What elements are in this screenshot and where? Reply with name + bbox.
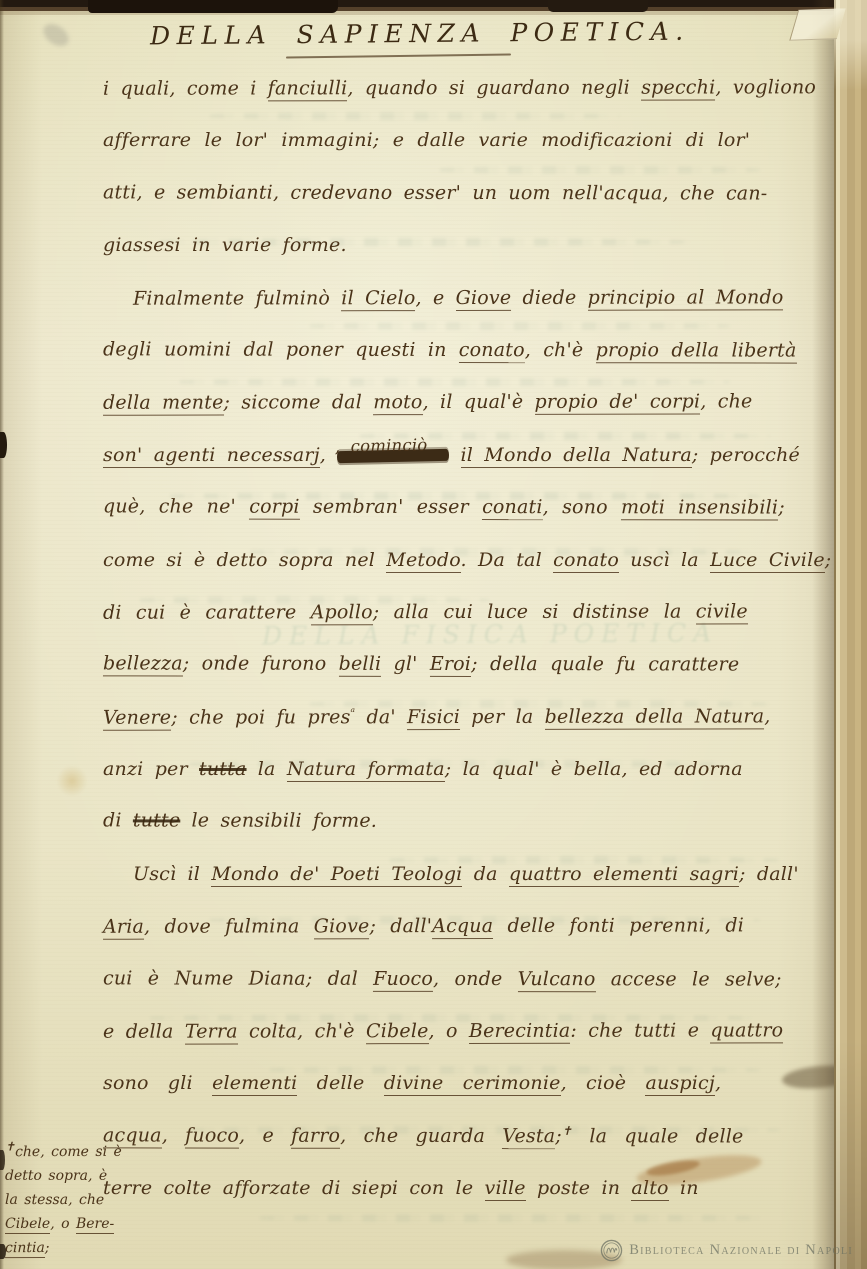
manuscript-line: detto sopra, è	[5, 1164, 105, 1188]
underlined-word: Metodo	[386, 549, 460, 573]
text-run: come si è detto sopra nel	[103, 549, 386, 571]
manuscript-line: ✝che, come si è	[5, 1140, 105, 1164]
underlined-word: quattro elementi sagri	[509, 863, 739, 887]
gutter-crease	[812, 0, 834, 1269]
text-run: i quali, come i	[103, 77, 268, 99]
edge-mark	[0, 432, 7, 458]
manuscript-line: bellezza; onde furono belli gl' Eroi; de…	[103, 638, 835, 692]
text-run: atti, e sembianti, credevano esser' un u…	[103, 181, 767, 204]
text-run: di cui è carattere	[103, 601, 311, 623]
underlined-word: Vulcano	[518, 968, 596, 992]
text-run: , il qual'è	[423, 391, 535, 413]
underlined-word: Mondo de' Poeti Teologi	[211, 863, 462, 887]
underlined-word: ville	[485, 1177, 526, 1201]
underlined-word: divine cerimonie	[384, 1072, 561, 1096]
text-run: , ch'è	[525, 339, 596, 361]
text-run: la	[247, 758, 287, 780]
text-run: di	[103, 810, 133, 832]
text-run: uscì la	[619, 549, 710, 571]
margin-note: ✝che, come si èdetto sopra, èla stessa, …	[5, 1140, 105, 1260]
manuscript-line: cui è Nume Diana; dal Fuoco, onde Vulcan…	[103, 952, 835, 1006]
text-run: ; dall'	[369, 915, 432, 937]
text-run: da	[462, 863, 508, 885]
underlined-word: Venere	[103, 706, 171, 730]
manuscript-line: della mente; siccome dal moto, il qual'è…	[103, 376, 835, 430]
text-run: , vogliono	[715, 76, 816, 98]
inked-out-word: , cominciò	[337, 449, 449, 463]
underlined-word: fanciulli	[268, 77, 348, 101]
underlined-word: il Cielo	[341, 287, 415, 311]
manuscript-line: i quali, come i fanciulli, quando si gua…	[103, 61, 835, 115]
paper-stain	[56, 766, 88, 796]
underlined-word: della mente	[103, 392, 224, 416]
manuscript-line: sono gli elementi delle divine cerimonie…	[103, 1057, 835, 1109]
underlined-word: specchi	[641, 76, 715, 100]
text-run: terre colte afforzate di siepi con le	[103, 1177, 485, 1199]
manuscript-line: acqua, fuoco, e farro, che guarda Vesta;…	[103, 1109, 835, 1163]
underlined-word: corpi	[249, 496, 299, 520]
text-run: degli uomini dal poner questi in	[103, 338, 459, 361]
text-run: , e	[239, 1124, 291, 1146]
bleedthrough-mark	[250, 1214, 770, 1222]
edge-mark	[0, 1244, 6, 1259]
text-run: ; onde furono	[183, 653, 339, 675]
manuscript-line: giassesi in varie forme.	[103, 219, 835, 271]
underlined-word: propio della libertà	[596, 339, 797, 363]
underlined-word: Cibele	[5, 1216, 50, 1234]
library-watermark-label: Biblioteca Nazionale di Napoli	[629, 1242, 853, 1259]
text-run: , o	[50, 1216, 76, 1232]
page-corner-curl	[789, 8, 845, 41]
underlined-word: Aria	[103, 916, 144, 940]
text-run: detto sopra, è	[5, 1168, 107, 1184]
underlined-word: moti insensibili	[621, 496, 778, 520]
manuscript-line: degli uomini dal poner questi in conato,…	[103, 323, 835, 377]
text-run: che, come si è	[15, 1144, 122, 1160]
manuscript-line: Uscì il Mondo de' Poeti Teologi da quatt…	[103, 848, 835, 900]
underlined-word: principio al Mondo	[588, 286, 784, 310]
manuscript-line: afferrare le lor' immagini; e dalle vari…	[103, 114, 835, 166]
page-left-edge	[0, 0, 4, 1269]
text-run: : che tutti e	[570, 1020, 710, 1042]
text-run: , o	[429, 1020, 469, 1042]
manuscript-scan-page: DELLA FISICA POETICA DELLA SAPIENZA POET…	[0, 0, 867, 1269]
text-run: Uscì il	[133, 863, 211, 885]
text-run: ;	[45, 1240, 50, 1256]
text-run: ,	[764, 705, 770, 727]
text-run: . Da tal	[461, 549, 554, 571]
superscript-mark: ✝	[5, 1139, 15, 1153]
text-run: la stessa, che	[5, 1192, 104, 1208]
manuscript-line: come si è detto sopra nel Metodo. Da tal…	[103, 534, 835, 586]
text-run: per la	[460, 706, 545, 728]
text-run: , cioè	[561, 1072, 646, 1094]
underlined-word: fuoco	[185, 1124, 239, 1148]
underlined-word: Apollo	[311, 601, 373, 625]
text-run: da'	[355, 706, 407, 728]
manuscript-line: anzi per tutta la Natura formata; la qua…	[103, 743, 835, 795]
text-run: , dove fulmina	[144, 916, 314, 938]
struck-word: tutta	[199, 758, 246, 780]
text-run: le sensibili forme.	[180, 810, 377, 832]
text-run: ; siccome dal	[223, 392, 373, 414]
text-run: ,	[715, 1072, 721, 1094]
underlined-word: propio de' corpi	[535, 391, 701, 415]
underlined-word: conati	[482, 496, 543, 520]
manuscript-line: di cui è carattere Apollo; alla cui luce…	[103, 585, 835, 639]
text-run: anzi per	[103, 758, 199, 780]
underlined-word: Berecintia	[469, 1020, 571, 1044]
underlined-word: il Mondo della Natura	[461, 444, 692, 468]
interline-insertion: , cominciò	[335, 419, 429, 473]
text-run: ,	[162, 1124, 186, 1146]
page-stack-edge	[834, 0, 867, 1269]
text-run: e della	[103, 1021, 185, 1043]
underlined-word: belli	[339, 653, 382, 677]
underlined-word: cintia	[5, 1240, 45, 1258]
text-run: , che guarda	[340, 1125, 502, 1147]
underlined-word: Luce Civile	[710, 549, 825, 573]
text-run: cui è Nume Diana; dal	[103, 967, 373, 989]
underlined-word: elementi	[212, 1072, 297, 1096]
manuscript-lines: i quali, come i fanciulli, quando si gua…	[103, 62, 835, 1215]
text-run: delle	[297, 1072, 383, 1094]
text-run: sembran' esser	[300, 496, 482, 518]
underlined-word: auspicj	[645, 1072, 715, 1096]
text-run: Finalmente fulminò	[133, 287, 341, 309]
text-run: què, che ne'	[103, 495, 249, 517]
manuscript-line: la stessa, che	[5, 1188, 105, 1212]
text-run: , e	[415, 287, 455, 309]
manuscript-line: Aria, dove fulmina Giove; dall'Acqua del…	[103, 899, 835, 953]
manuscript-line: terre colte afforzate di siepi con le vi…	[103, 1162, 835, 1214]
underlined-word: Fuoco	[373, 967, 433, 991]
underlined-word: Vesta	[502, 1125, 555, 1149]
underlined-word: Bere-	[76, 1216, 114, 1234]
manuscript-line: Cibele, o Bere-	[5, 1212, 105, 1236]
text-run: , quando si guardano negli	[347, 77, 641, 100]
text-run: , che	[700, 391, 752, 413]
text-run: giassesi in varie forme.	[103, 234, 347, 256]
text-run: sono gli	[103, 1072, 212, 1094]
text-run: ; dall'	[739, 863, 799, 885]
underlined-word: alto	[631, 1177, 668, 1201]
underlined-word: Fisici	[407, 706, 460, 730]
text-run: ; perocché	[692, 444, 800, 466]
text-run: ; alla cui luce si distinse la	[373, 600, 696, 623]
underlined-word: conato	[459, 339, 525, 363]
text-run: ; della quale fu carattere	[471, 653, 739, 675]
underlined-word: Eroi	[430, 653, 471, 677]
text-run: la quale delle	[572, 1125, 743, 1147]
text-run	[449, 444, 460, 466]
edge-mark	[0, 1150, 5, 1170]
struck-word: tutte	[133, 810, 180, 832]
text-run: colta, ch'è	[238, 1020, 366, 1042]
text-run: afferrare le lor' immagini; e dalle vari…	[103, 129, 750, 151]
library-watermark: Biblioteca Nazionale di Napoli	[600, 1239, 853, 1262]
text-run: , sono	[543, 496, 621, 518]
manuscript-line: e della Terra colta, ch'è Cibele, o Bere…	[103, 1004, 835, 1058]
text-run: poste in	[526, 1177, 632, 1199]
underlined-word: farro	[291, 1125, 340, 1149]
text-run: diede	[511, 286, 587, 308]
manuscript-line: Venere; che poi fu presᵃ da' Fisici per …	[103, 690, 835, 744]
underlined-word: Giove	[314, 915, 370, 939]
text-run: ; la qual' è bella, ed adorna	[445, 758, 743, 780]
underlined-word: Cibele	[366, 1020, 429, 1044]
manuscript-line: son' agenti necessarj, , cominciò il Mon…	[103, 429, 835, 481]
manuscript-line: di tutte le sensibili forme.	[103, 795, 835, 849]
text-run: ; che poi fu pres	[171, 706, 350, 728]
text-run: ;	[778, 497, 785, 519]
page-title: DELLA SAPIENZA POETICA.	[150, 17, 690, 51]
text-run: accese le selve;	[596, 968, 782, 990]
underlined-word: Acqua	[432, 915, 493, 939]
underlined-word: Terra	[185, 1021, 238, 1045]
manuscript-line: cintia;	[5, 1236, 105, 1260]
text-run: delle fonti perenni, di	[493, 915, 744, 938]
binding-top-edge	[0, 0, 867, 15]
underlined-word: bellezza	[103, 653, 183, 677]
text-run: in	[669, 1177, 699, 1199]
underlined-word: civile	[696, 600, 748, 624]
underlined-word: conato	[553, 549, 619, 573]
superscript-mark: ✝	[562, 1124, 572, 1138]
manuscript-line: què, che ne' corpi sembran' esser conati…	[103, 480, 835, 534]
library-stamp-icon	[600, 1239, 623, 1262]
title-underline	[286, 53, 511, 58]
underlined-word: moto	[373, 391, 422, 415]
manuscript-line: Finalmente fulminò il Cielo, e Giove die…	[103, 271, 835, 325]
underlined-word: quattro	[710, 1019, 783, 1043]
underlined-word: Giove	[456, 286, 512, 310]
manuscript-line: atti, e sembianti, credevano esser' un u…	[103, 166, 835, 220]
underlined-word: bellezza della Natura	[545, 705, 765, 729]
underlined-word: son' agenti necessarj	[103, 444, 320, 468]
text-run: , onde	[433, 968, 518, 990]
text-run: gl'	[381, 653, 430, 675]
underlined-word: Natura formata	[287, 758, 445, 782]
